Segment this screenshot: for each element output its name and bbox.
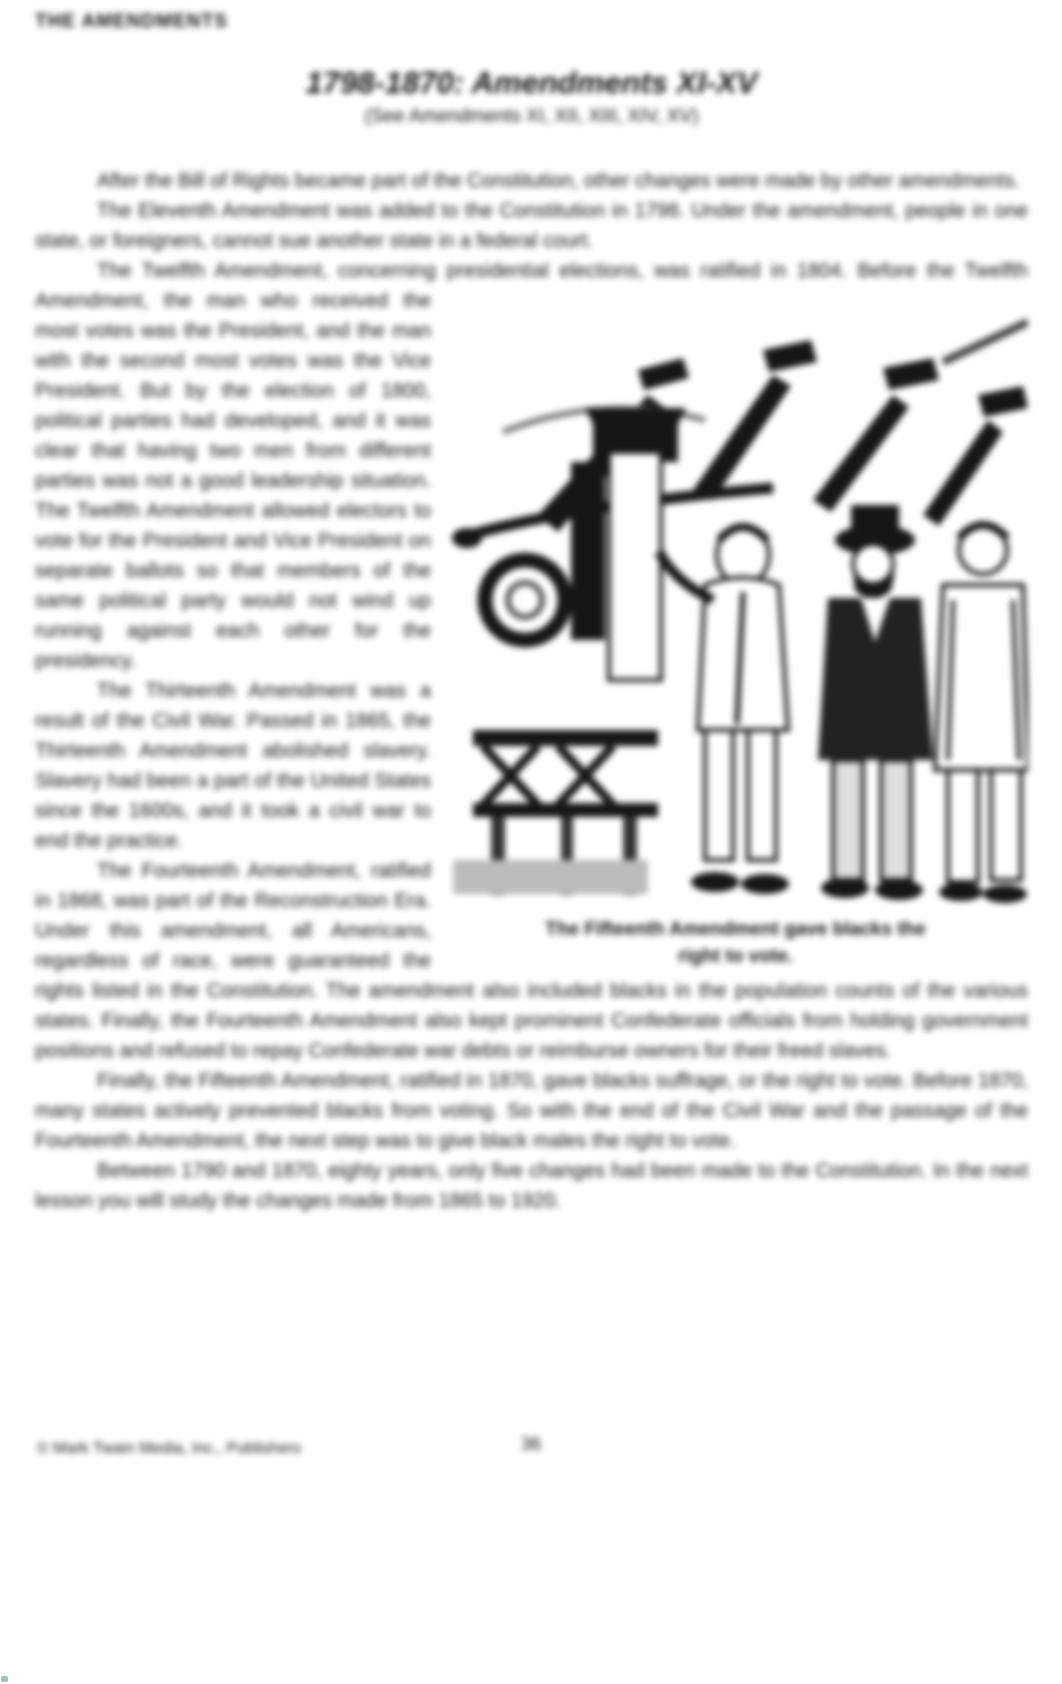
- copyright-notice: © Mark Twain Media, Inc., Publishers: [37, 1440, 301, 1458]
- running-header: THE AMENDMENTS: [35, 10, 1028, 34]
- page-number: 36: [501, 1434, 561, 1455]
- voting-illustration: [443, 300, 1028, 910]
- paragraph-twelfth-lead: The Twelfth Amendment, concerning presid…: [97, 260, 847, 282]
- page-title: 1798-1870: Amendments XI-XV: [35, 64, 1028, 102]
- paragraph-fifteenth: Finally, the Fifteenth Amendment, ratifi…: [35, 1066, 1028, 1156]
- page-subtitle: (See Amendments XI, XII, XIII, XIV, XV): [35, 104, 1028, 130]
- voting-illustration-figure: The Fifteenth Amendment gave blacks the …: [443, 300, 1028, 970]
- figure-caption: The Fifteenth Amendment gave blacks the …: [526, 916, 946, 970]
- scan-artifact: [1, 1676, 8, 1682]
- body-text: After the Bill of Rights became part of …: [35, 166, 1028, 1216]
- paragraph-twelfth: The Twelfth Amendment, concerning presid…: [35, 256, 1028, 676]
- page-content: THE AMENDMENTS 1798-1870: Amendments XI-…: [35, 10, 1028, 1216]
- paragraph-eleventh: The Eleventh Amendment was added to the …: [35, 196, 1028, 256]
- scanned-page: THE AMENDMENTS 1798-1870: Amendments XI-…: [0, 0, 1062, 1684]
- paragraph-summary: Between 1790 and 1870, eighty years, onl…: [35, 1156, 1028, 1216]
- paragraph-intro: After the Bill of Rights became part of …: [35, 166, 1028, 196]
